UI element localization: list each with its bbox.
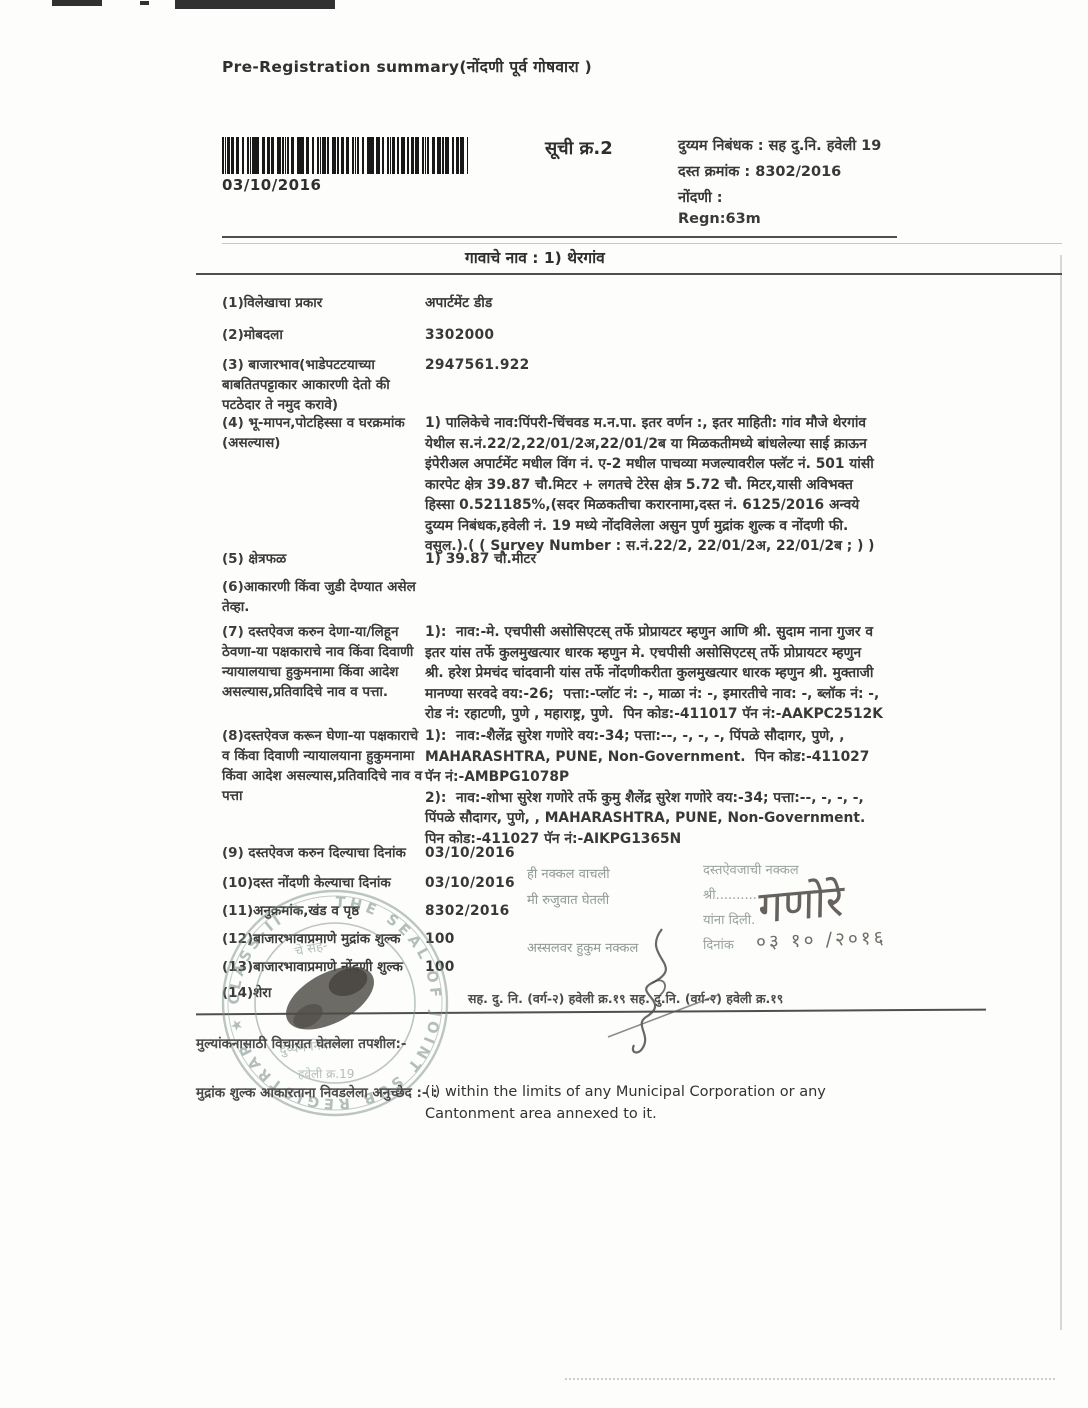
row-value: 1) 39.87 चौ.मीटर — [425, 549, 883, 570]
row-label: (7) दस्तऐवज करुन देणा-या/लिहून ठेवणा-या … — [222, 622, 425, 725]
document-number-line: दस्त क्रमांक : 8302/2016 — [678, 159, 881, 185]
valuation-note: मुल्यांकनासाठी विचारात घेतलेला तपशील:- — [196, 1034, 451, 1055]
row-value: अपार्टमेंट डीड — [425, 293, 883, 314]
table-row: (9) दस्तऐवज करुन दिल्याचा दिनांक 03/10/2… — [222, 843, 1067, 864]
registrar-info-block: दुय्यम निबंधक : सह दु.नि. हवेली 19 दस्त … — [678, 133, 881, 227]
table-row: (3) बाजारभाव(भाडेपटटयाच्या बाबतितपट्टाका… — [222, 355, 1067, 415]
row-label: (8)दस्तऐवज करून घेणा-या पक्षकाराचे व किं… — [222, 726, 425, 849]
seal-emblem-smudge — [276, 953, 384, 1042]
table-row: (1)विलेखाचा प्रकार अपार्टमेंट डीड — [222, 293, 1067, 314]
row-value: 1): नाव:-मे. एचपीसी असोसिएटस् तर्फे प्रो… — [425, 622, 883, 725]
row-label: (2)मोबदला — [222, 325, 425, 346]
divider — [196, 273, 1062, 275]
page-title: Pre-Registration summary(नोंदणी पूर्व गो… — [222, 55, 592, 77]
table-row: (5) क्षेत्रफळ 1) 39.87 चौ.मीटर — [222, 549, 1067, 570]
registration-line: नोंदणी : — [678, 185, 881, 211]
row-value: 3302000 — [425, 325, 883, 346]
row-value: 1) पालिकेचे नाव:पिंपरी-चिंचवड म.न.पा. इत… — [425, 413, 883, 557]
seal-inner-text-3: हवेली क्र.19 — [298, 1067, 354, 1081]
row-value: 03/10/2016 — [425, 843, 883, 864]
row-label: (4) भू-मापन,पोटहिस्सा व घरक्रमांक (असल्य… — [222, 413, 425, 557]
regn-code: Regn:63m — [678, 211, 881, 227]
verified-stamp: मी रुजुवात घेतली — [527, 888, 609, 913]
divider — [222, 236, 897, 238]
row-label: (3) बाजारभाव(भाडेपटटयाच्या बाबतितपट्टाका… — [222, 355, 425, 415]
row-label: (9) दस्तऐवज करुन दिल्याचा दिनांक — [222, 843, 425, 864]
index-number-title: सूची क्र.2 — [545, 136, 613, 160]
scan-dotted-line — [565, 1378, 1055, 1380]
scan-smudge — [175, 0, 335, 9]
table-row: (4) भू-मापन,पोटहिस्सा व घरक्रमांक (असल्य… — [222, 413, 1067, 557]
row-label: (1)विलेखाचा प्रकार — [222, 293, 425, 314]
barcode — [222, 137, 468, 174]
signature-scribble — [590, 925, 740, 1060]
row-value: 2947561.922 — [425, 355, 883, 415]
row-value: 1): नाव:-शैलेंद्र सुरेश गणोरे वय:-34; पत… — [425, 726, 883, 849]
copy-read-stamp: ही नक्कल वाचली — [527, 862, 610, 887]
seal-inner-text-1: चे सह- — [294, 937, 330, 960]
table-row: (8)दस्तऐवज करून घेणा-या पक्षकाराचे व किं… — [222, 726, 1067, 849]
barcode-date: 03/10/2016 — [222, 176, 321, 194]
row-label: (5) क्षेत्रफळ — [222, 549, 425, 570]
scan-smudge — [140, 1, 149, 5]
row-label: (6)आकारणी किंवा जुडी देण्यात असेल तेव्हा… — [222, 577, 425, 617]
divider-faint — [222, 243, 1062, 244]
table-row: (7) दस्तऐवज करुन देणा-या/लिहून ठेवणा-या … — [222, 622, 1067, 725]
sub-registrar-line: दुय्यम निबंधक : सह दु.नि. हवेली 19 — [678, 133, 881, 159]
table-row: (2)मोबदला 3302000 — [222, 325, 1067, 346]
table-row: (6)आकारणी किंवा जुडी देण्यात असेल तेव्हा… — [222, 577, 1067, 617]
handwritten-date: ०३ १० /२०१६ — [756, 924, 887, 955]
row-value — [425, 577, 883, 617]
scanned-document-page: Pre-Registration summary(नोंदणी पूर्व गो… — [0, 0, 1088, 1408]
shri-dots: श्री.......... — [703, 883, 757, 908]
english-note: (i) within the limits of any Municipal C… — [425, 1082, 887, 1125]
village-name: गावाचे नाव : 1) थेरगांव — [465, 246, 605, 268]
article-note: मुद्रांक शुल्क आकारताना निवडलेला अनुच्छे… — [196, 1083, 451, 1104]
scan-smudge — [52, 0, 102, 6]
